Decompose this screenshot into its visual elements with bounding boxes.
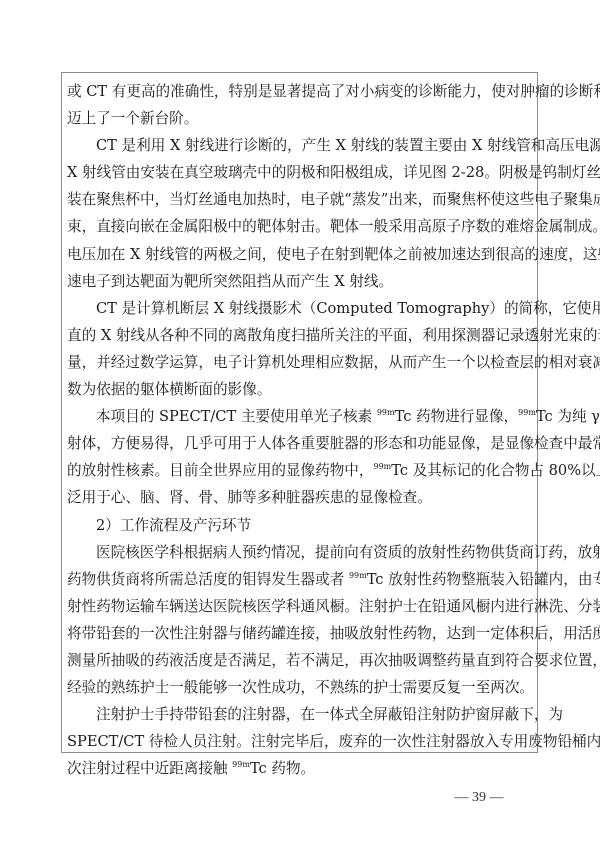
- paragraph: 或 CT 有更高的准确性，特别是显著提高了对小病变的诊断能力，使对肿瘤的诊断和治…: [67, 78, 533, 132]
- paragraph: 注射护士手持带铅套的注射器，在一体式全屏蔽铅注射防护窗屏蔽下，为SPECT/CT…: [67, 701, 533, 782]
- superscript: 99m: [373, 462, 391, 471]
- page-number: — 39 —: [444, 790, 514, 806]
- text-line: 装在聚焦杯中，当灯丝通电加热时，电子就“蒸发”出来，而聚焦杯使这些电子聚集成: [67, 186, 533, 213]
- superscript: 99m: [349, 571, 367, 580]
- text-line: 速电子到达靶面为靶所突然阻挡从而产生 X 射线。: [67, 268, 533, 295]
- text-line: 射性药物运输车辆送达医院核医学科通风橱。注射护士在铅通风橱内进行淋洗、分装。: [67, 593, 533, 620]
- text-line: 2）工作流程及产污环节: [67, 512, 533, 539]
- superscript: 99m: [232, 760, 250, 769]
- text-line: 的放射性核素。目前全世界应用的显像药物中，99mTc 及其标记的化合物占 80%…: [67, 457, 533, 484]
- paragraph: CT 是计算机断层 X 射线摄影术（Computed Tomography）的简…: [67, 295, 533, 403]
- text-line: CT 是计算机断层 X 射线摄影术（Computed Tomography）的简…: [67, 295, 533, 322]
- text-line: SPECT/CT 待检人员注射。注射完毕后，废弃的一次性注射器放入专用废物铅桶内…: [67, 728, 533, 755]
- text-line: 次注射过程中近距离接触 99mTc 药物。: [67, 755, 533, 782]
- paragraph: 医院核医学科根据病人预约情况，提前向有资质的放射性药物供货商订药，放射性药物供货…: [67, 539, 533, 702]
- text-line: 本项目的 SPECT/CT 主要使用单光子核素 99mTc 药物进行显像，99m…: [67, 403, 533, 430]
- text-line: 电压加在 X 射线管的两极之间，使电子在射到靶体之前被加速达到很高的速度，这些高: [67, 241, 533, 268]
- document-body: 或 CT 有更高的准确性，特别是显著提高了对小病变的诊断能力，使对肿瘤的诊断和治…: [67, 78, 533, 782]
- superscript: 99m: [518, 408, 536, 417]
- text-line: 药物供货商将所需总活度的钼锝发生器或者 99mTc 放射性药物整瓶装入铅罐内，由…: [67, 566, 533, 593]
- text-line: 束，直接向嵌在金属阳极中的靶体射击。靶体一般采用高原子序数的难熔金属制成。高: [67, 213, 533, 240]
- text-line: CT 是利用 X 射线进行诊断的，产生 X 射线的装置主要由 X 射线管和高压电…: [67, 132, 533, 159]
- section-heading: 2）工作流程及产污环节: [67, 512, 533, 539]
- text-line: 迈上了一个新台阶。: [67, 105, 533, 132]
- text-line: 射体，方便易得，几乎可用于人体各重要脏器的形态和功能显像，是显像检查中最常用: [67, 430, 533, 457]
- paragraph: CT 是利用 X 射线进行诊断的，产生 X 射线的装置主要由 X 射线管和高压电…: [67, 132, 533, 295]
- text-line: X 射线管由安装在真空玻璃壳中的阴极和阳极组成，详见图 2-28。阴极是钨制灯丝…: [67, 159, 533, 186]
- text-line: 注射护士手持带铅套的注射器，在一体式全屏蔽铅注射防护窗屏蔽下，为: [67, 701, 533, 728]
- text-line: 医院核医学科根据病人预约情况，提前向有资质的放射性药物供货商订药，放射性: [67, 539, 533, 566]
- text-line: 量，并经过数学运算，电子计算机处理相应数据，从而产生一个以检查层的相对衰减系: [67, 349, 533, 376]
- text-line: 经验的熟练护士一般能够一次性成功，不熟练的护士需要反复一至两次。: [67, 674, 533, 701]
- text-line: 数为依据的躯体横断面的影像。: [67, 376, 533, 403]
- text-line: 测量所抽吸的药液活度是否满足，若不满足，再次抽吸调整药量直到符合要求位置，有: [67, 647, 533, 674]
- text-line: 或 CT 有更高的准确性，特别是显著提高了对小病变的诊断能力，使对肿瘤的诊断和治…: [67, 78, 533, 105]
- superscript: 99m: [377, 408, 395, 417]
- paragraph: 本项目的 SPECT/CT 主要使用单光子核素 99mTc 药物进行显像，99m…: [67, 403, 533, 511]
- text-line: 将带铅套的一次性注射器与储药罐连接，抽吸放射性药物，达到一定体积后，用活度计: [67, 620, 533, 647]
- text-line: 泛用于心、脑、肾、骨、肺等多种脏器疾患的显像检查。: [67, 484, 533, 511]
- text-line: 直的 X 射线从各种不同的离散角度扫描所关注的平面，利用探测器记录透射光束的衰减: [67, 322, 533, 349]
